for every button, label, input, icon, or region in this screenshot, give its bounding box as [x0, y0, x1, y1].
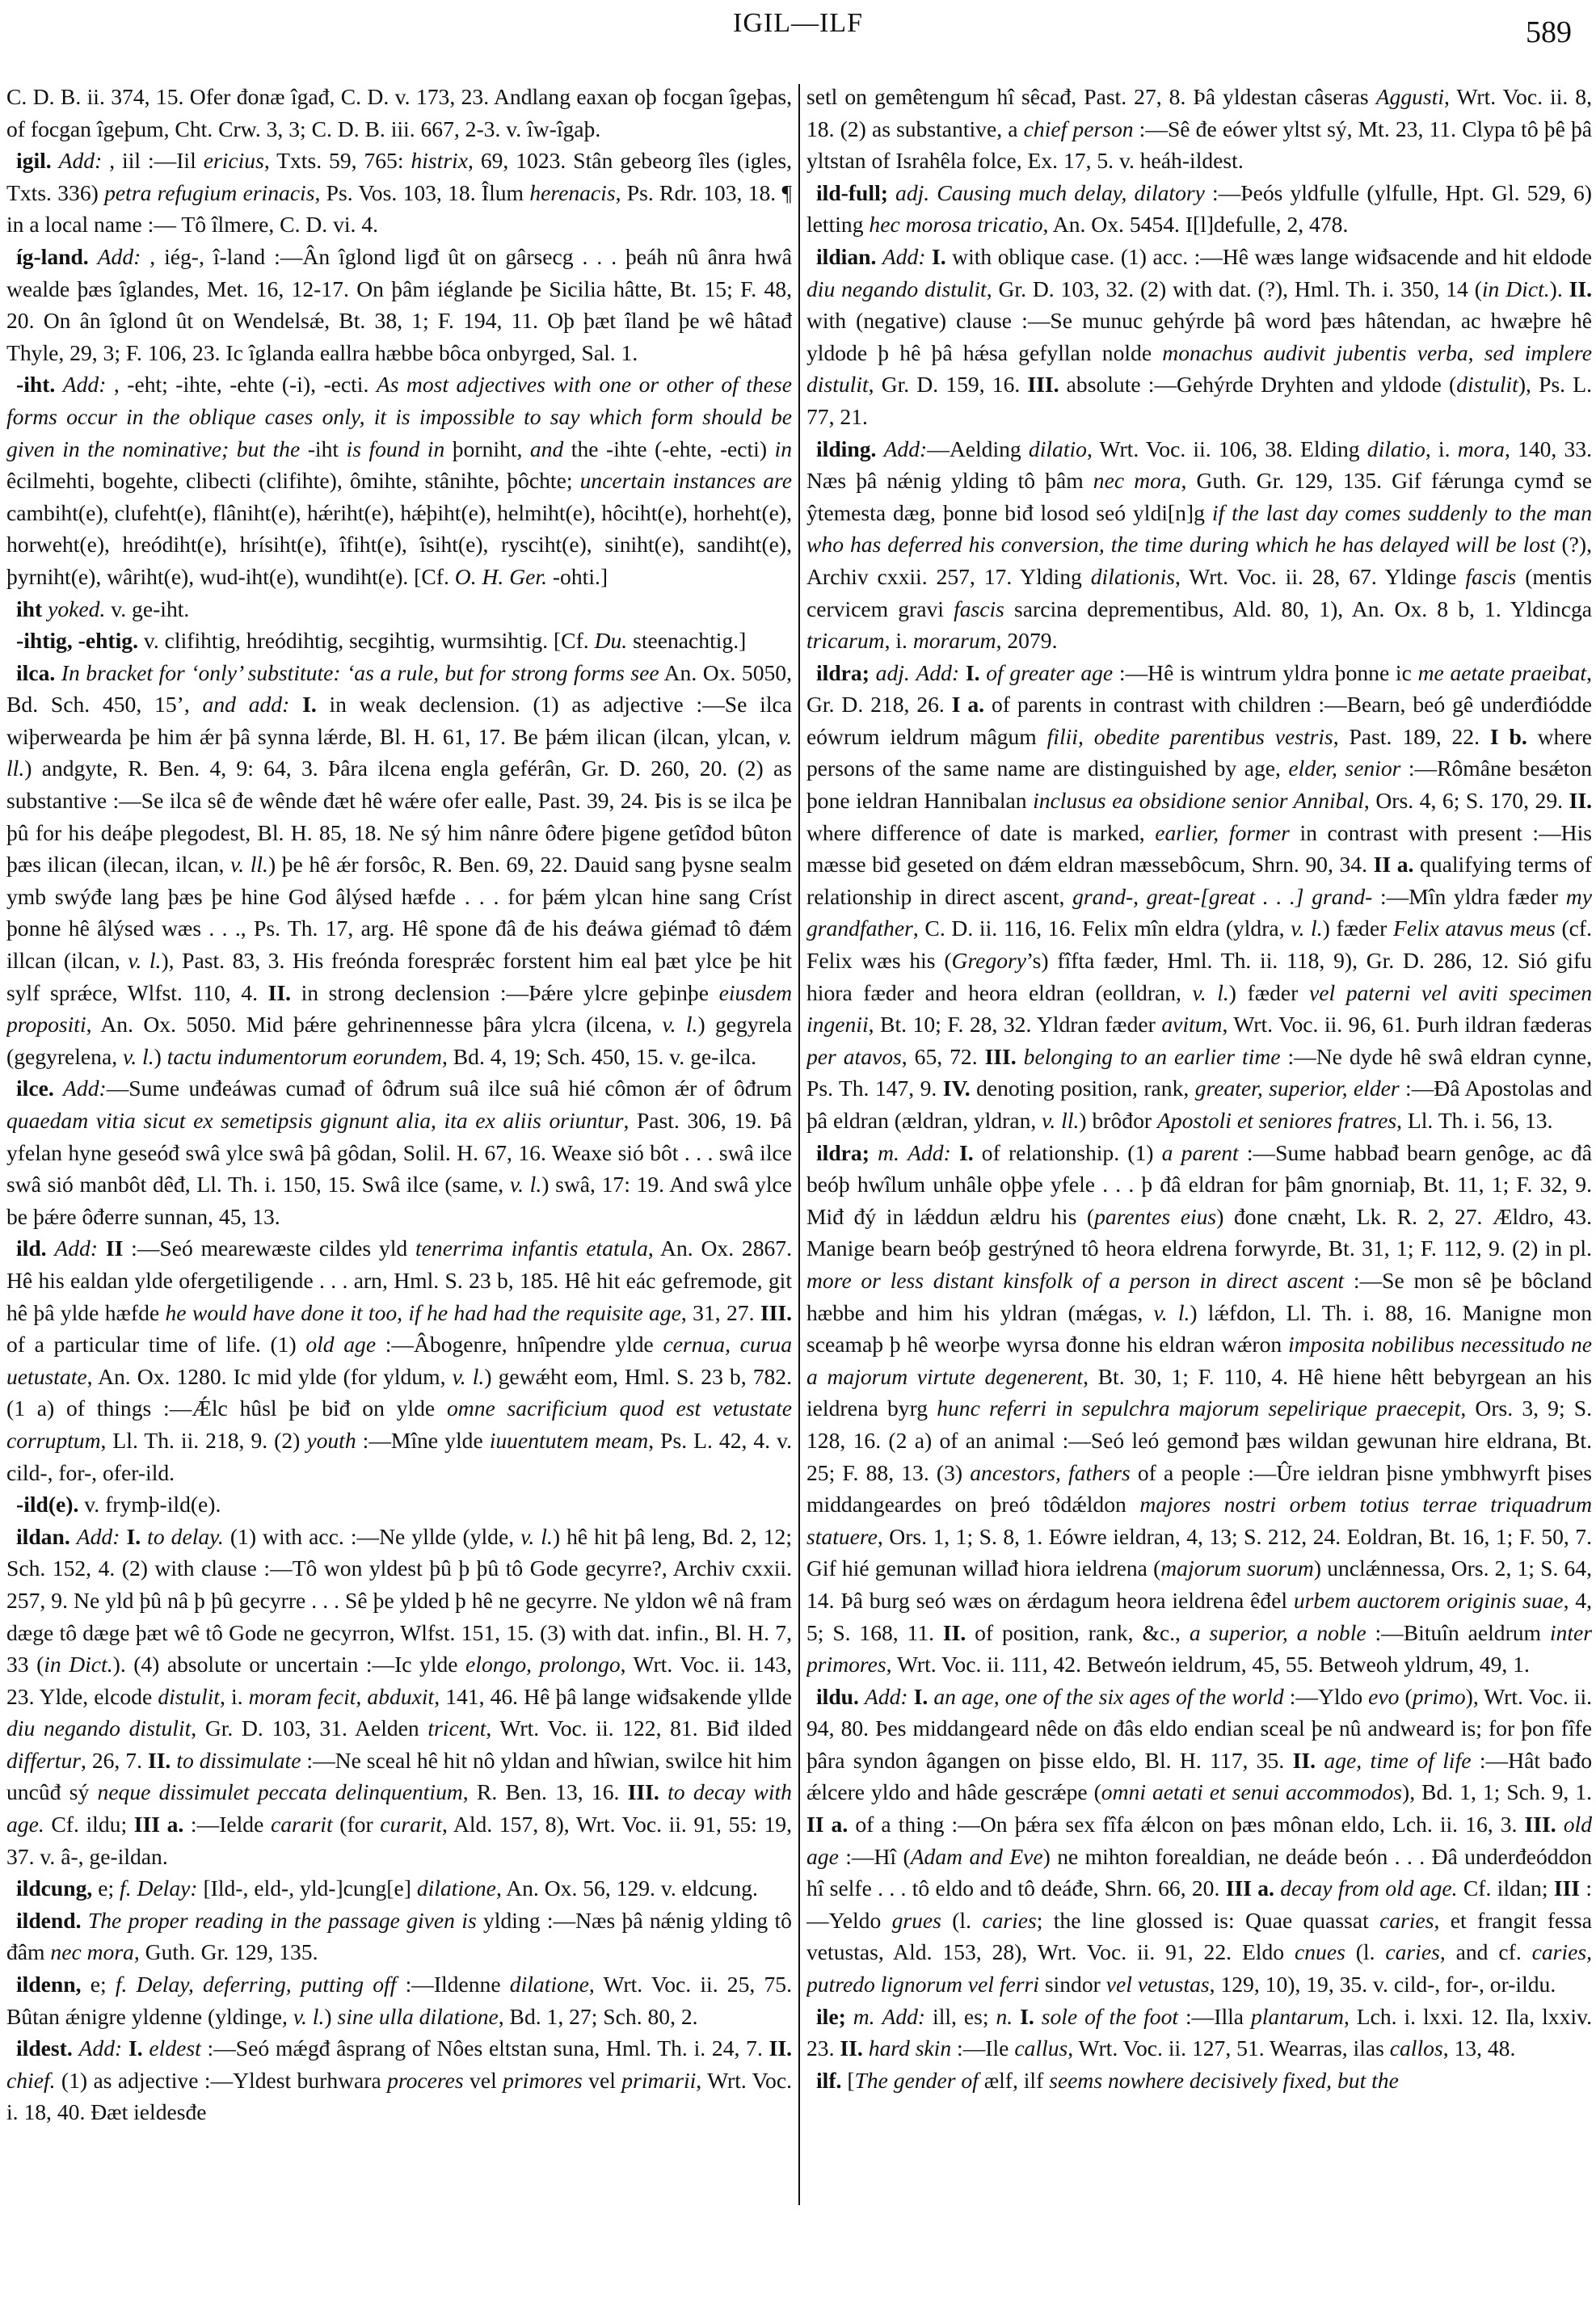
italic-text: Add: [77, 1524, 120, 1549]
italic-text: primarii [621, 2068, 696, 2093]
entry-text: ), Bd. 1, 1; Sch. 9, 1. [1402, 1779, 1592, 1804]
italic-text: Add: [865, 1684, 908, 1709]
entry-text: , 2079. [996, 628, 1058, 653]
italic-text: Aggusti [1376, 84, 1444, 109]
entry-continuation: setl on gemêtengum hî sêcađ, Past. 27, 8… [806, 81, 1592, 177]
italic-text: majorum suorum [1160, 1555, 1314, 1581]
italic-text: eldest [149, 2035, 200, 2061]
italic-text: Add: [98, 244, 141, 269]
sense-numeral: I. [932, 244, 946, 269]
entry-text: Cf. ildu; [44, 1812, 134, 1837]
dictionary-entry: ildenn, e; f. Delay, deferring, putting … [6, 1968, 792, 2032]
italic-text: caries [1379, 1908, 1434, 1933]
entry-text: :—Hî ( [839, 1844, 911, 1869]
entry-text: :—Ielde [183, 1812, 271, 1837]
entry-text [52, 148, 59, 173]
headword: ildian. [806, 244, 876, 269]
italic-text: in Dict. [44, 1652, 112, 1677]
dictionary-entry: ilca. In bracket for ‘only’ substitute: … [6, 657, 792, 1073]
entry-text: , i. [220, 1684, 249, 1709]
sense-numeral: II a. [806, 1812, 848, 1837]
entry-text: e; [92, 1875, 120, 1901]
entry-text [899, 1140, 907, 1165]
entry-text: (l. [1345, 1939, 1386, 1964]
italic-text: he would have done it too, if he had had… [166, 1300, 681, 1325]
italic-text: The gender of [855, 2068, 979, 2093]
italic-text: elder, senior [1288, 756, 1400, 781]
headword: ilca. [6, 660, 55, 685]
italic-text: tenerrima infantis etatula [415, 1235, 648, 1261]
sense-numeral: II. [769, 2035, 792, 2061]
dictionary-entry: -ild(e). v. frymþ-ild(e). [6, 1488, 792, 1521]
italic-text: tricent [427, 1715, 486, 1741]
italic-text: In bracket for ‘only’ substitute: ‘as a … [61, 660, 659, 685]
entry-text: of a particular time of life. (1) [6, 1332, 305, 1357]
italic-text: fascis [954, 596, 1004, 621]
entry-text [55, 372, 62, 397]
entry-text: v. frymþ-ild(e). [78, 1492, 221, 1517]
entry-text: , iil :—Iil [102, 148, 203, 173]
entry-text [47, 1235, 55, 1261]
entry-text: v. ge-iht. [105, 596, 189, 621]
italic-text: tactu indumentorum eorundem [167, 1044, 442, 1069]
headword: ilce. [6, 1076, 54, 1101]
sense-numeral: II [106, 1235, 123, 1261]
italic-text: inclusus ea obsidione senior Annibal [1033, 788, 1364, 813]
italic-text: ericius [204, 148, 264, 173]
entry-text [141, 1524, 147, 1549]
sense-numeral: I a. [952, 692, 984, 717]
italic-text: Add: [882, 2004, 925, 2029]
dictionary-entry: ild. Add: II :—Seó mearewæste cildes yld… [6, 1232, 792, 1488]
italic-text: to dissimulate [176, 1748, 301, 1773]
entry-text [55, 660, 61, 685]
headword: ildra; [806, 1140, 870, 1165]
entry-text [910, 660, 916, 685]
entry-text: [ [841, 2068, 854, 2093]
italic-text: callos [1390, 2035, 1443, 2061]
headword: ildest. [6, 2035, 73, 2061]
dictionary-entry: -ihtig, -ehtig. v. clifihtig, hreódihtig… [6, 625, 792, 657]
italic-text: dilationis [1091, 564, 1175, 589]
headword: iht [6, 596, 42, 621]
dictionary-columns: C. D. B. ii. 374, 15. Ofer đonæ îgađ, C.… [6, 81, 1590, 2214]
entry-text: (1) with acc. :—Ne yllde (ylde, [224, 1524, 520, 1549]
entry-text: ) [324, 2004, 337, 2029]
italic-text: Adam and Eve [911, 1844, 1043, 1869]
sense-numeral: III a. [134, 1812, 184, 1837]
entry-text: , 13, 48. [1443, 2035, 1516, 2061]
entry-text: :—Âbogenre, hnîpendre ylde [376, 1332, 663, 1357]
italic-text: nec mora [50, 1939, 133, 1964]
italic-text: fascis [1465, 564, 1516, 589]
italic-text: m. [853, 2004, 875, 2029]
entry-text: , Wrt. Voc. ii. 127, 51. Wearras, ilas [1068, 2035, 1390, 2061]
italic-text: is found in [347, 436, 445, 461]
dictionary-entry: ildan. Add: I. to delay. (1) with acc. :… [6, 1521, 792, 1873]
italic-text: more or less distant kinsfolk of a perso… [806, 1268, 1344, 1293]
italic-text: v. l. [128, 948, 161, 973]
italic-text: Add: [884, 436, 928, 461]
entry-text: [Ild-, eld-, yld-]cung[e] [198, 1875, 417, 1901]
italic-text: an age, one of the six ages of the world [933, 1684, 1283, 1709]
entry-text: (l. [941, 1908, 982, 1933]
entry-text: :—Seó mǽgđ âsprang of Nôes eltstan suna,… [201, 2035, 769, 2061]
italic-text: mora [1458, 436, 1505, 461]
italic-text: distulit [1456, 372, 1518, 397]
dictionary-entry: igil. Add: , iil :—Iil ericius, Txts. 59… [6, 145, 792, 241]
column-divider [798, 84, 800, 2205]
entry-text: , Gr. D. 103, 31. Aelden [191, 1715, 427, 1741]
entry-text: :—Mîne ylde [356, 1428, 490, 1453]
entry-text: —Aelding [927, 436, 1029, 461]
italic-text: histrix [411, 148, 468, 173]
entry-text: of a thing :—On þǽra sex fîfa ǽlcon on þ… [848, 1812, 1524, 1837]
entry-text [846, 2004, 853, 2029]
sense-numeral: III. [985, 1044, 1017, 1069]
sense-numeral: II. [943, 1620, 966, 1645]
entry-text: , 26, 7. [81, 1748, 148, 1773]
dictionary-entry: ildra; m. Add: I. of relationship. (1) a… [806, 1137, 1592, 1681]
italic-text: f. Delay, deferring, putting off [116, 1972, 397, 1997]
italic-text: plantarum [1251, 2004, 1344, 2029]
sense-numeral: I. [959, 1140, 974, 1165]
italic-text: dilatione [510, 1972, 589, 1997]
italic-text: to delay. [147, 1524, 224, 1549]
italic-text: Add: [54, 1235, 98, 1261]
italic-text: Apostoli et seniores fratres [1157, 1108, 1396, 1133]
sense-numeral: I. [128, 2035, 143, 2061]
entry-text: cambiht(e), clufeht(e), flâniht(e), hǽri… [6, 500, 792, 589]
italic-text: quaedam vitia sicut ex semetipsis gignun… [6, 1108, 623, 1133]
entry-text [1013, 2004, 1020, 2029]
dictionary-entry: -iht. Add: , -eht; -ihte, -ehte (-i), -e… [6, 368, 792, 592]
sense-numeral: I b. [1490, 724, 1527, 749]
italic-text: a superior, a noble [1190, 1620, 1366, 1645]
italic-text: v. ll. [1042, 1108, 1079, 1133]
italic-text: v. l. [520, 1524, 553, 1549]
entry-text: :—Bituîn aeldrum [1366, 1620, 1550, 1645]
italic-text: Add: [63, 1076, 107, 1101]
dictionary-entry: ild-full; adj. Causing much delay, dilat… [806, 177, 1592, 241]
italic-text: proceres [387, 2068, 464, 2093]
headword: -iht. [6, 372, 55, 397]
italic-text: O. H. Ger. [455, 564, 547, 589]
sense-numeral: III. [760, 1300, 792, 1325]
entry-text: vel [583, 2068, 622, 2093]
dictionary-entry: ildu. Add: I. an age, one of the six age… [806, 1681, 1592, 2001]
entry-text: , Wrt. Voc. ii. 28, 67. Yldinge [1175, 564, 1465, 589]
sense-numeral: I. [1020, 2004, 1034, 2029]
entry-text [98, 1235, 106, 1261]
entry-text [951, 1140, 959, 1165]
entry-text [659, 1779, 667, 1804]
italic-text: curarit [380, 1812, 442, 1837]
entry-text [1017, 1044, 1024, 1069]
italic-text: youth [306, 1428, 356, 1453]
entry-text: ) brôđor [1079, 1108, 1157, 1133]
italic-text: Add: [882, 244, 926, 269]
entry-text: Cf. ildan; [1458, 1875, 1554, 1901]
dictionary-entry: ilf. [The gender of ælf, ilf seems nowhe… [806, 2065, 1592, 2097]
entry-text [870, 660, 876, 685]
entry-text: vel [464, 2068, 503, 2093]
dictionary-entry: ildra; adj. Add: I. of greater age :—Hê … [806, 657, 1592, 1137]
entry-text: ). (4) absolute or uncertain :—Ic ylde [113, 1652, 465, 1677]
entry-text [70, 1524, 77, 1549]
italic-text: v. l. [453, 1364, 485, 1389]
italic-text: decay from old age. [1280, 1875, 1457, 1901]
italic-text: avitum [1161, 1012, 1222, 1037]
left-column: C. D. B. ii. 374, 15. Ofer đonæ îgađ, C.… [6, 81, 792, 2206]
italic-text: dilatione [417, 1875, 496, 1901]
sense-numeral: IV. [943, 1076, 971, 1101]
sense-numeral: II. [1569, 276, 1592, 301]
entry-text: ælf, ilf [979, 2068, 1049, 2093]
entry-text: absolute :—Gehýrde Dryhten and yldode ( [1059, 372, 1457, 397]
headword: ild-full; [806, 180, 888, 205]
italic-text: elongo, prolongo [465, 1652, 621, 1677]
italic-text: v. ll. [230, 852, 268, 877]
entry-text: ) [154, 1044, 167, 1069]
entry-text: in strong declension :—Þǽre ylcre geþinþ… [291, 980, 719, 1005]
italic-text: f. Delay: [120, 1875, 198, 1901]
entry-text: , Ll. Th. ii. 218, 9. (2) [101, 1428, 307, 1453]
right-column: setl on gemêtengum hî sêcađ, Past. 27, 8… [806, 81, 1592, 2206]
entry-text: steenachtig.] [627, 628, 746, 653]
entry-text [1556, 1812, 1564, 1837]
italic-text: old age [305, 1332, 376, 1357]
headword: ildcung, [6, 1875, 92, 1901]
entry-text: , Bt. 10; F. 28, 32. Yldran fæder [869, 1012, 1162, 1037]
entry-text: ill, es; [925, 2004, 996, 2029]
italic-text: uncertain instances are [580, 468, 792, 493]
entry-text: ) fæder [1229, 980, 1309, 1005]
italic-text: cnues [1295, 1939, 1345, 1964]
entry-text: with oblique case. (1) acc. :—Hê wæs lan… [946, 244, 1592, 269]
dictionary-entry: iht yoked. v. ge-iht. [6, 593, 792, 625]
italic-text: caries [1385, 1939, 1439, 1964]
entry-text [1034, 2004, 1042, 2029]
headword: ilding. [806, 436, 876, 461]
entry-text: e; [82, 1972, 116, 1997]
entry-text [959, 660, 966, 685]
italic-text: morarum [913, 628, 996, 653]
headword: -ihtig, -ehtig. [6, 628, 138, 653]
sense-numeral: III. [628, 1779, 659, 1804]
entry-text: of relationship. (1) [974, 1140, 1162, 1165]
entry-continuation: C. D. B. ii. 374, 15. Ofer đonæ îgađ, C.… [6, 81, 792, 145]
italic-text: hard skin [869, 2035, 951, 2061]
italic-text: callus [1014, 2035, 1068, 2061]
italic-text: filii, obedite parentibus vestris [1047, 724, 1333, 749]
entry-text: sindor [1039, 1972, 1106, 1997]
italic-text: primores [503, 2068, 583, 2093]
entry-text: , -eht; -ihte, -ehte (-i), -ecti. [106, 372, 376, 397]
italic-text: Add: [907, 1140, 951, 1165]
entry-text [926, 244, 933, 269]
italic-text: v. l. [662, 1012, 697, 1037]
dictionary-entry: ile; m. Add: ill, es; n. I. sole of the … [806, 2001, 1592, 2065]
entry-text: setl on gemêtengum hî sêcađ, Past. 27, 8… [806, 84, 1376, 109]
italic-text: seems nowhere decisively fixed, but the [1049, 2068, 1399, 2093]
italic-text: iuuentutem meam [490, 1428, 649, 1453]
italic-text: Add: [79, 2035, 123, 2061]
italic-text: v. l. [1193, 980, 1229, 1005]
entry-text: , Ps. Vos. 103, 18. Îlum [314, 180, 529, 205]
sense-numeral: II. [840, 2035, 862, 2061]
italic-text: urbem auctorem originis suae [1294, 1588, 1564, 1613]
entry-text: , Bd. 4, 19; Sch. 450, 15. v. ge-ilca. [442, 1044, 756, 1069]
italic-text: Felix atavus meus [1393, 916, 1556, 941]
italic-text: Du. [595, 628, 628, 653]
sense-numeral: II. [148, 1748, 171, 1773]
italic-text: chief person [1024, 116, 1134, 141]
entry-text: of position, rank, &c., [966, 1620, 1190, 1645]
sense-numeral: III a. [1226, 1875, 1274, 1901]
entry-text: :—Seó mearewæste cildes yld [123, 1235, 415, 1261]
entry-text [82, 1908, 88, 1933]
italic-text: neque dissimulet peccata delinquentium [98, 1779, 463, 1804]
dictionary-entry: ilding. Add:—Aelding dilatio, Wrt. Voc. … [806, 433, 1592, 657]
entry-text: -iht [300, 436, 346, 461]
entry-text: , and cf. [1440, 1939, 1532, 1964]
sense-numeral: II. [268, 980, 291, 1005]
italic-text: differtur [6, 1748, 81, 1773]
dictionary-entry: íg-land. Add: , iég-, î-land :—Ân îglond… [6, 241, 792, 368]
italic-text: caries [982, 1908, 1036, 1933]
sense-numeral: I. [126, 1524, 141, 1549]
italic-text: earlier, former [1155, 820, 1290, 845]
entry-text: , 65, 72. [902, 1044, 985, 1069]
italic-text: primo [1413, 1684, 1466, 1709]
entry-text: þorniht, [444, 436, 530, 461]
headword: ildra; [806, 660, 870, 685]
entry-text: C. D. B. ii. 374, 15. Ofer đonæ îgađ, C.… [6, 84, 792, 141]
italic-text: omni aetati et senui accommodos [1101, 1779, 1402, 1804]
sense-numeral: I. [966, 660, 980, 685]
italic-text: grues [892, 1908, 941, 1933]
entry-text: , Wrt. Voc. ii. 111, 42. Betweón ieldrum… [886, 1652, 1530, 1677]
dictionary-entry: ildcung, e; f. Delay: [Ild-, eld-, yld-]… [6, 1872, 792, 1905]
italic-text: grand-, great-[great . . .] grand- [1072, 884, 1372, 909]
italic-text: distulit [158, 1684, 220, 1709]
italic-text: Add: [63, 372, 107, 397]
italic-text: a parent [1162, 1140, 1239, 1165]
headword: ildu. [806, 1684, 859, 1709]
entry-text: , 31, 27. [681, 1300, 760, 1325]
italic-text: in Dict. [1482, 276, 1550, 301]
italic-text: age, time of life [1324, 1748, 1471, 1773]
entry-text: , An. Ox. 56, 129. v. eldcung. [496, 1875, 758, 1901]
italic-text: hunc referri in sepulchra majorum sepeli… [937, 1395, 1460, 1421]
entry-text: , i. [1425, 436, 1458, 461]
entry-text: —Sume unđeáwas cumađ of ôđrum suâ ilce s… [107, 1076, 792, 1101]
dictionary-entry: ildend. The proper reading in the passag… [6, 1905, 792, 1968]
entry-text: , Gr. D. 159, 16. [869, 372, 1028, 397]
italic-text: dilatio [1367, 436, 1425, 461]
italic-text: tricarum [806, 628, 885, 653]
sense-numeral: I. [302, 692, 317, 717]
italic-text: moram fecit, abduxit [249, 1684, 435, 1709]
italic-text: v. l. [1154, 1300, 1190, 1325]
headword: igil. [6, 148, 52, 173]
italic-text: Add: [916, 660, 960, 685]
italic-text: greater, superior, elder [1195, 1076, 1400, 1101]
dictionary-entry: ildian. Add: I. with oblique case. (1) a… [806, 241, 1592, 433]
italic-text: The proper reading in the passage given … [88, 1908, 477, 1933]
headword: ildend. [6, 1908, 82, 1933]
entry-text: , Past. 189, 22. [1333, 724, 1490, 749]
entry-text: , Txts. 59, 765: [264, 148, 411, 173]
italic-text: and add: [203, 692, 290, 717]
italic-text: adj. [876, 660, 910, 685]
italic-text: n. [996, 2004, 1013, 2029]
italic-text: evo [1368, 1684, 1399, 1709]
entry-text [870, 1140, 878, 1165]
entry-text: :—Ile [951, 2035, 1014, 2061]
italic-text: diu negando distulit [806, 276, 987, 301]
sense-numeral: I. [914, 1684, 929, 1709]
entry-text: , Guth. Gr. 129, 135. [134, 1939, 318, 1964]
entry-text [54, 1076, 63, 1101]
sense-numeral: III. [1027, 372, 1059, 397]
entry-text: ( [1399, 1684, 1412, 1709]
headword: ilf. [806, 2068, 841, 2093]
entry-text: , An. Ox. 5050. Mid þǽre gehrinennesse þ… [86, 1012, 663, 1037]
italic-text: chief. [6, 2068, 56, 2093]
entry-text: , Ors. 4, 6; S. 170, 29. [1364, 788, 1569, 813]
dictionary-entry: ilce. Add:—Sume unđeáwas cumađ of ôđrum … [6, 1072, 792, 1232]
entry-text: :—Illa [1178, 2004, 1251, 2029]
entry-text [888, 180, 895, 205]
headword: ild. [6, 1235, 47, 1261]
entry-text: (1) as adjective :—Yldest burhwara [56, 2068, 388, 2093]
entry-text [863, 2035, 869, 2061]
entry-text [859, 1684, 865, 1709]
entry-text: , Wrt. Voc. ii. 122, 81. Biđ ilded [486, 1715, 792, 1741]
entry-text: :—Yldo [1284, 1684, 1369, 1709]
italic-text: me aetate praeibat [1418, 660, 1587, 685]
entry-text [89, 244, 98, 269]
italic-text: v. l. [510, 1172, 541, 1197]
italic-text: v. l. [123, 1044, 154, 1069]
italic-text: Add: [59, 148, 103, 173]
italic-text: hec morosa tricatio [869, 212, 1042, 237]
entry-text: (for [333, 1812, 381, 1837]
entry-text: :—Ildenne [396, 1972, 509, 1997]
italic-text: petra refugium erinacis [104, 180, 314, 205]
sense-numeral: II. [1293, 1748, 1316, 1773]
entry-text: , i. [885, 628, 913, 653]
entry-text: , 129, 10), 19, 35. v. cild-, for-, or-i… [1210, 1972, 1556, 1997]
entry-text: ) fæder [1323, 916, 1393, 941]
sense-numeral: II a. [1374, 852, 1414, 877]
entry-text: :—Hê is wintrum yldra þonne ic [1113, 660, 1417, 685]
italic-text: sine ulla dilatione [337, 2004, 498, 2029]
italic-text: diu negando distulit [6, 1715, 191, 1741]
entry-text: v. clifihtig, hreódihtig, secgihtig, wur… [138, 628, 595, 653]
entry-text: , Wrt. Voc. ii. 96, 61. Þurh ildran fæde… [1222, 1012, 1592, 1037]
italic-text: dilatio [1029, 436, 1087, 461]
sense-numeral: II. [1569, 788, 1592, 813]
italic-text: adj. Causing much delay, dilatory [895, 180, 1205, 205]
italic-text: Gregory [952, 948, 1026, 973]
italic-text: nec mora [1093, 468, 1181, 493]
entry-text: sarcina deprementibus, Ald. 80, 1), An. … [1004, 596, 1592, 621]
entry-text: ). [1550, 276, 1569, 301]
entry-text: :—Mîn yldra fæder [1372, 884, 1565, 909]
